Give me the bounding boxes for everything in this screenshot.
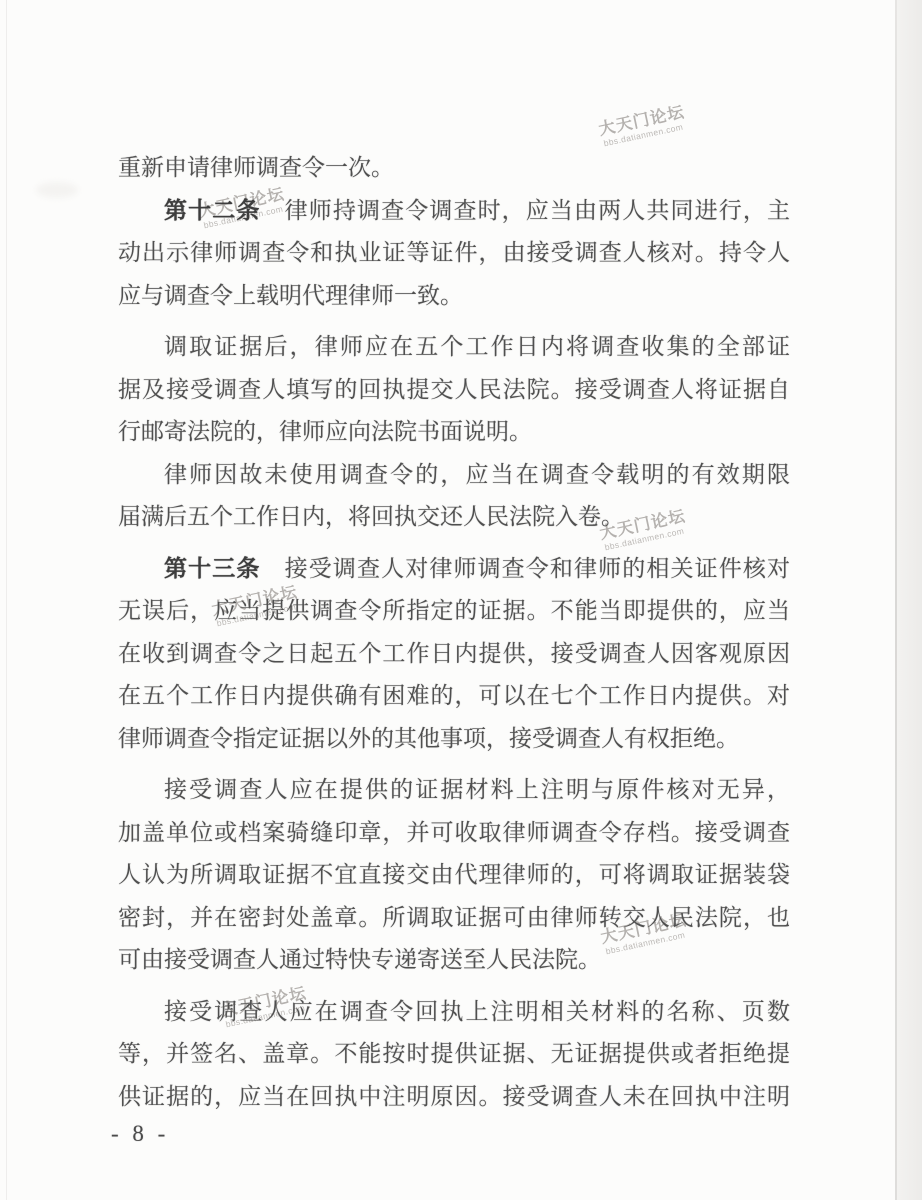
scan-right-edge [895,0,897,1200]
text-line: 在收到调查令之日起五个工作日内提供，接受调查人因客观原因 [118,633,790,676]
text-line: 无误后，应当提供调查令所指定的证据。不能当即提供的，应当 [118,590,790,633]
paragraph: 第十三条 接受调查人对律师调查令和律师的相关证件核对无误后，应当提供调查令所指定… [118,548,790,761]
watermark-url: bbs.datianmen.com [601,122,689,149]
scan-right-shade [897,0,922,1200]
article-number: 第十三条 [164,556,260,581]
text-line: 可由接受调查人通过特快专递寄送至人民法院。 [118,939,790,982]
paragraph: 接受调查人应在调查令回执上注明相关材料的名称、页数等，并签名、盖章。不能按时提供… [118,991,790,1119]
text-line: 第十二条 律师持调查令调查时，应当由两人共同进行，主 [118,190,790,233]
article-number: 第十二条 [164,198,260,223]
text-line: 等，并签名、盖章。不能按时提供证据、无证据提供或者拒绝提 [118,1033,790,1076]
text-line: 行邮寄法院的，律师应向法院书面说明。 [118,411,790,454]
text-line: 据及接受调查人填写的回执提交人民法院。接受调查人将证据自 [118,369,790,412]
text-line: 接受调查人应在调查令回执上注明相关材料的名称、页数 [118,991,790,1034]
paragraph: 律师因故未使用调查令的，应当在调查令载明的有效期限届满后五个工作日内，将回执交还… [118,454,790,539]
text-line: 律师因故未使用调查令的，应当在调查令载明的有效期限 [118,454,790,497]
text-line: 接受调查人应在提供的证据材料上注明与原件核对无异， [118,769,790,812]
watermark-title: 大天门论坛 [597,103,686,139]
paragraph: 调取证据后，律师应在五个工作日内将调查收集的全部证据及接受调查人填写的回执提交人… [118,326,790,454]
scanned-document-page: 大天门论坛 bbs.datianmen.com 大天门论坛 bbs.datian… [0,0,922,1200]
text-line: 动出示律师调查令和执业证等证件，由接受调查人核对。持令人 [118,232,790,275]
scan-left-edge [6,0,7,1200]
text-line: 重新申请律师调查令一次。 [118,147,790,190]
forum-watermark: 大天门论坛 bbs.datianmen.com [597,103,689,149]
text-line: 在五个工作日内提供确有困难的，可以在七个工作日内提供。对 [118,675,790,718]
text-line: 加盖单位或档案骑缝印章，并可收取律师调查令存档。接受调查 [118,812,790,855]
text-line: 第十三条 接受调查人对律师调查令和律师的相关证件核对 [118,548,790,591]
text-line: 供证据的，应当在回执中注明原因。接受调查人未在回执中注明 [118,1076,790,1119]
text-line: 密封，并在密封处盖章。所调取证据可由律师转交人民法院，也 [118,897,790,940]
page-number: - 8 - [111,1121,169,1147]
paragraph: 接受调查人应在提供的证据材料上注明与原件核对无异，加盖单位或档案骑缝印章，并可收… [118,769,790,982]
text-line: 届满后五个工作日内，将回执交还人民法院入卷。 [118,496,790,539]
text-line: 人认为所调取证据不宜直接交由代理律师的，可将调取证据装袋 [118,854,790,897]
paragraph: 重新申请律师调查令一次。 [118,147,790,190]
paragraph: 第十二条 律师持调查令调查时，应当由两人共同进行，主动出示律师调查令和执业证等证… [118,190,790,318]
text-block: 重新申请律师调查令一次。第十二条 律师持调查令调查时，应当由两人共同进行，主动出… [118,147,790,1118]
text-line: 调取证据后，律师应在五个工作日内将调查收集的全部证 [118,326,790,369]
text-line: 律师调查令指定证据以外的其他事项，接受调查人有权拒绝。 [118,718,790,761]
scan-smudge [36,182,78,198]
text-line: 应与调查令上载明代理律师一致。 [118,275,790,318]
